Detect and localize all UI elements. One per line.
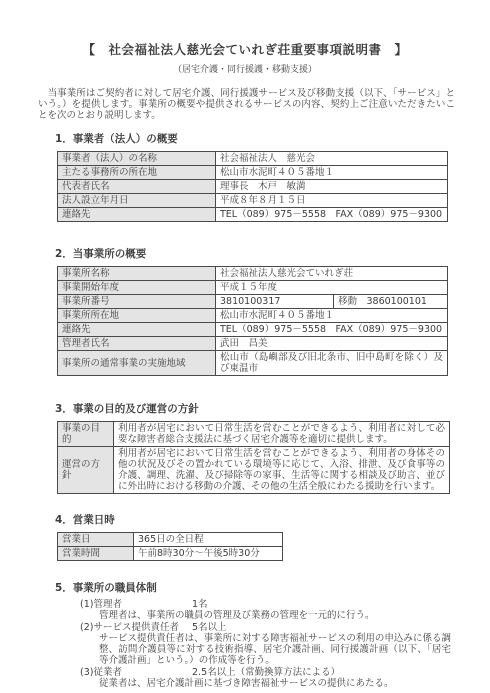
table-row: 運営の方針 利用者が居宅において日常生活を営むことができるよう、利用者の身体その… [58,447,450,494]
row-label: 連絡先 [58,323,216,337]
row-value: 松山市（島嶼部及び旧北条市、旧中島町を除く）及び東温市 [216,351,448,376]
business-operator-table: 事業者（法人）の名称 社会福祉法人 慈光会 主たる事務所の所在地 松山市水泥町４… [57,151,448,222]
document-page: 【 社会福祉法人慈光会ていれぎ荘重要事項説明書 】 （居宅介護・同行援護・移動支… [0,0,490,693]
document-title: 【 社会福祉法人慈光会ていれぎ荘重要事項説明書 】 [0,40,490,58]
staffing-list: (1)管理者 1名 管理者は、事業所の職員の管理及び業務の管理を一元的に行う。 … [80,599,490,689]
row-label: 事業の目的 [58,422,114,447]
row-label: 事業開始年度 [58,281,216,295]
section5-heading: 5．事業所の職員体制 [55,580,490,595]
document-subtitle: （居宅介護・同行援護・移動支援） [0,62,490,75]
table-row: 連絡先 TEL（089）975－5558 FAX（089）975－9300 [58,208,448,222]
row-value: 武田 昌美 [216,337,448,351]
business-hours-table: 営業日 365日の全日程 営業時間 午前8時30分～午後5時30分 [57,532,283,561]
staff-role: (2)サービス提供責任者 [80,622,192,633]
row-label: 事業所の通常事業の実施地域 [58,351,216,376]
staff-count: 2.5名以上（常勤換算方法による） [192,667,340,678]
row-label: 運営の方針 [58,447,114,494]
row-label: 事業所所在地 [58,309,216,323]
staff-description: サービス提供責任者は、事業所に対する障害福祉サービスの利用の申込みに係る調整、訪… [99,633,451,666]
row-value: 平成１５年度 [216,281,448,295]
row-label: 営業時間 [58,547,134,561]
section2-heading: 2．当事業所の概要 [55,246,490,261]
office-overview-table: 事業所名称 社会福祉法人慈光会ていれぎ荘 事業開始年度 平成１５年度 事業所番号… [57,266,448,376]
row-value: 理事長 木戸 敏満 [216,180,448,194]
table-row: 事業者（法人）の名称 社会福祉法人 慈光会 [58,152,448,166]
row-label: 営業日 [58,533,134,547]
row-value: 松山市水泥町４０５番地１ [216,309,448,323]
row-label: 連絡先 [58,208,216,222]
office-number-mobility: 移動 3860100101 [334,295,448,309]
row-value: TEL（089）975－5558 FAX（089）975－9300 [216,208,448,222]
purpose-policy-table: 事業の目的 利用者が居宅において日常生活を営むことができるよう、利用者に対して必… [57,421,450,494]
intro-paragraph: 当事業所はご契約者に対して居宅介護、同行援護サービス及び移動支援（以下、「サービ… [38,88,455,121]
table-row: 営業日 365日の全日程 [58,533,283,547]
table-row: 事業所番号 3810100317 移動 3860100101 [58,295,448,309]
table-row: 連絡先 TEL（089）975－5558 FAX（089）975－9300 [58,323,448,337]
table-row: 事業開始年度 平成１５年度 [58,281,448,295]
section3-heading: 3．事業の目的及び運営の方針 [55,401,490,416]
table-row: 主たる事務所の所在地 松山市水泥町４０５番地１ [58,166,448,180]
office-number-home-care: 3810100317 [216,295,334,309]
staff-item-service-manager: (2)サービス提供責任者 5名以上 サービス提供責任者は、事業所に対する障害福祉… [80,622,490,666]
table-row: 事業所の通常事業の実施地域 松山市（島嶼部及び旧北条市、旧中島町を除く）及び東温… [58,351,448,376]
row-label: 事業所名称 [58,267,216,281]
staff-description: 管理者は、事業所の職員の管理及び業務の管理を一元的に行う。 [99,610,451,621]
row-label: 事業所番号 [58,295,216,309]
row-value: 利用者が居宅において日常生活を営むことができるよう、利用者に対して必要な障害者総… [114,422,450,447]
table-row: 法人設立年月日 平成８年８月１５日 [58,194,448,208]
table-row: 事業所所在地 松山市水泥町４０５番地１ [58,309,448,323]
row-value: 365日の全日程 [134,533,283,547]
table-row: 営業時間 午前8時30分～午後5時30分 [58,547,283,561]
row-label: 法人設立年月日 [58,194,216,208]
row-label: 主たる事務所の所在地 [58,166,216,180]
staff-count: 1名 [192,599,208,610]
staff-item-workers: (3)従業者 2.5名以上（常勤換算方法による） 従業者は、居宅介護計画に基づき… [80,667,490,689]
row-label: 事業者（法人）の名称 [58,152,216,166]
row-value: 午前8時30分～午後5時30分 [134,547,283,561]
section4-heading: 4．営業日時 [55,512,490,527]
row-value: 松山市水泥町４０５番地１ [216,166,448,180]
table-row: 管理者氏名 武田 昌美 [58,337,448,351]
row-value: 社会福祉法人慈光会ていれぎ荘 [216,267,448,281]
staff-count: 5名以上 [192,622,227,633]
table-row: 代表者氏名 理事長 木戸 敏満 [58,180,448,194]
table-row: 事業所名称 社会福祉法人慈光会ていれぎ荘 [58,267,448,281]
row-value: 利用者が居宅において日常生活を営むことができるよう、利用者の身体その他の状況及び… [114,447,450,494]
staff-item-manager: (1)管理者 1名 管理者は、事業所の職員の管理及び業務の管理を一元的に行う。 [80,599,490,621]
row-value: 平成８年８月１５日 [216,194,448,208]
row-label: 管理者氏名 [58,337,216,351]
section1-heading: 1．事業者（法人）の概要 [55,131,490,146]
staff-role: (3)従業者 [80,667,192,678]
staff-description: 従業者は、居宅介護計画に基づき障害福祉サービスの提供にあたる。 [99,678,451,689]
row-value: 社会福祉法人 慈光会 [216,152,448,166]
table-row: 事業の目的 利用者が居宅において日常生活を営むことができるよう、利用者に対して必… [58,422,450,447]
row-label: 代表者氏名 [58,180,216,194]
staff-role: (1)管理者 [80,599,192,610]
row-value: TEL（089）975－5558 FAX（089）975－9300 [216,323,448,337]
